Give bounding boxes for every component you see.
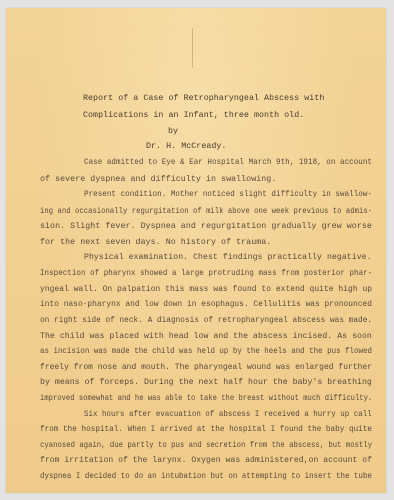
body-line: of severe dyspnea and difficulty in swal… [40,175,276,185]
document-page [6,8,386,493]
report-title-line-2: Complications in an Infant, three month … [83,111,304,121]
body-line: into naso-pharynx and low down in esopha… [40,300,372,310]
body-line: yngeal wall. On palpation this mass was … [40,285,372,295]
body-line: cyanosed again, due partly to pus and se… [40,441,372,451]
body-line: Inspection of pharynx showed a large pro… [40,269,372,279]
body-line: improved somewhat and he was able to tak… [40,394,372,404]
body-line: by means of forceps. During the next hal… [40,378,372,388]
body-line: Six hours after evacuation of abscess I … [84,410,372,420]
body-line: dyspnea I decided to do an intubation bu… [40,472,372,482]
byline-by: by [168,127,178,137]
report-title-line-1: Report of a Case of Retropharyngeal Absc… [83,94,324,104]
body-line: ing and occasionally regurgitation of mi… [40,207,372,217]
body-line: The child was placed with head low and t… [40,332,372,342]
author-name: Dr. H. McCready. [146,142,226,152]
body-line: Physical examination. Chest findings pra… [84,253,372,263]
body-line: on right side of neck. A diagnosis of re… [40,316,372,326]
body-line: freely from nose and mouth. The pharynge… [40,363,372,373]
body-line: Case admitted to Eye & Ear Hospital Marc… [84,158,372,168]
body-line: Present condition. Mother noticed slight… [84,190,372,200]
body-line: sion. Slight fever. Dyspnea and regurgit… [40,222,372,232]
body-line: for the next seven days. No history of t… [40,238,271,248]
body-line: from the hospital. When I arrived at the… [40,425,372,435]
paper-crease [192,28,193,68]
body-line: as incision was made the child was held … [40,347,372,357]
body-line: from irritation of the larynx. Oxygen wa… [40,456,372,466]
